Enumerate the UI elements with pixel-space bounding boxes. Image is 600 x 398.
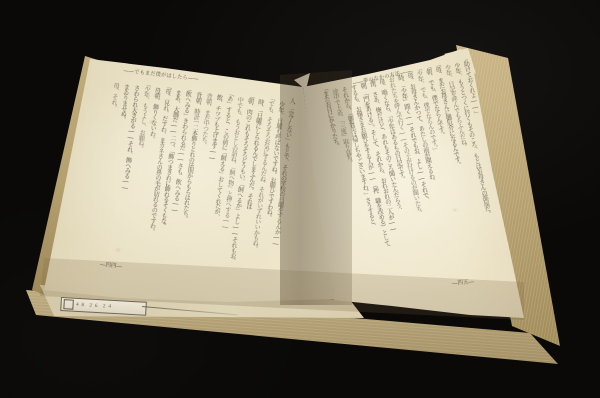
photo-scene: ４８ ２６ ２４ ――でもまだ僕がはしたら―― 人、「完了しない」もとで、それの… [0,0,600,398]
foxing-spots [0,0,600,398]
